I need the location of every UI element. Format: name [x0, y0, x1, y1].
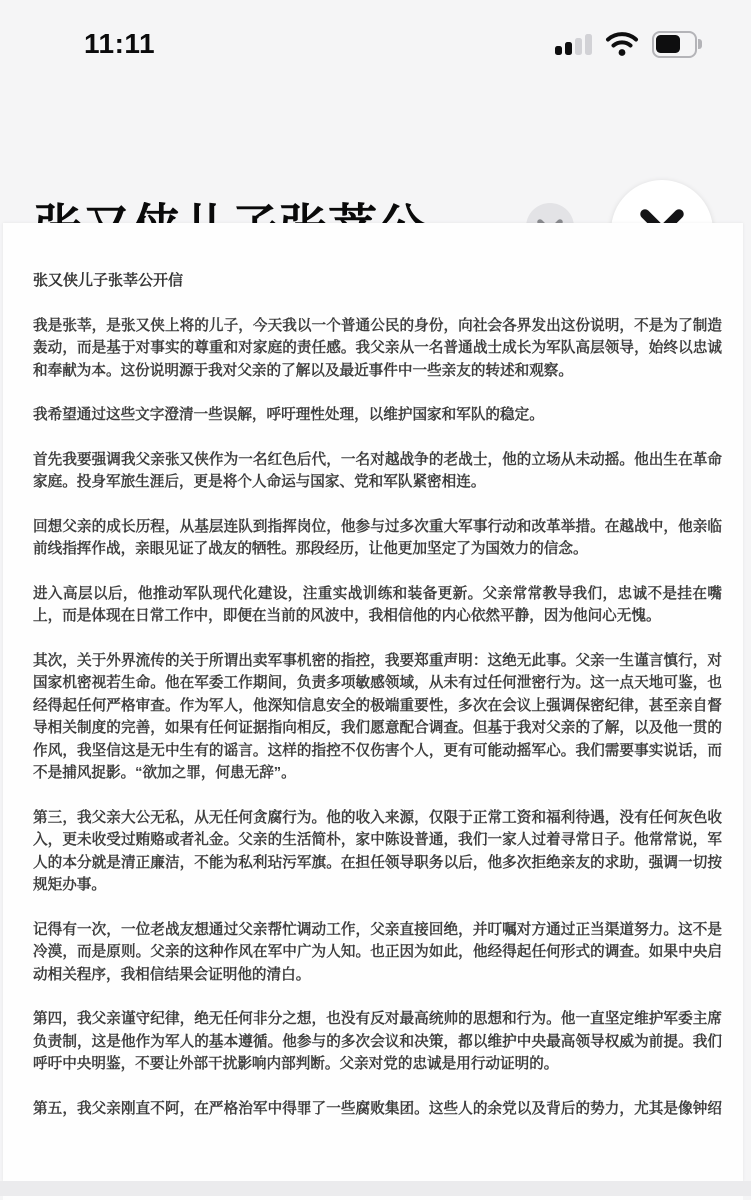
next-page-edge: [3, 1196, 743, 1200]
battery-icon: [652, 31, 703, 58]
text-line: 家庭。投身军旅生涯后，更是将个人命运与国家、党和军队紧密相连。: [33, 471, 722, 494]
paragraph: 我是张莘，是张又侠上将的儿子，今天我以一个普通公民的身份，向社会各界发出这份说明…: [33, 315, 722, 383]
status-icons: [555, 30, 703, 58]
paragraphs: 我是张莘，是张又侠上将的儿子，今天我以一个普通公民的身份，向社会各界发出这份说明…: [33, 315, 722, 1121]
text-line: 人的本分就是清正廉洁，不能为私利玷污军旗。在担任领导职务以后，他多次拒绝亲友的求…: [33, 852, 722, 875]
screen: 11:11 张又侠儿子张莘公...: [0, 0, 751, 1200]
text-line: 第四，我父亲谨守纪律，绝无任何非分之想，也没有反对最高统帅的思想和行为。他一直坚…: [33, 1008, 722, 1031]
text-line: 入，更未收受过贿赂或者礼金。父亲的生活简朴，家中陈设普通，我们一家人过着寻常日子…: [33, 829, 722, 852]
wifi-icon: [605, 31, 639, 57]
text-line: 经得起任何严格审查。作为军人，他深知信息安全的极端重要性，多次在会议上强调保密纪…: [33, 695, 722, 718]
text-line: 作风，我坚信这是无中生有的谣言。这样的指控不仅伤害个人，更有可能动摇军心。我们需…: [33, 740, 722, 763]
text-line: 规矩办事。: [33, 874, 722, 897]
paragraph: 第三，我父亲大公无私，从无任何贪腐行为。他的收入来源，仅限于正常工资和福利待遇，…: [33, 807, 722, 897]
text-line: 进入高层以后，他推动军队现代化建设，注重实战训练和装备更新。父亲常常教导我们，忠…: [33, 583, 722, 606]
text-line: 和奉献为本。这份说明源于我对父亲的了解以及最近事件中一些亲友的转述和观察。: [33, 360, 722, 383]
paragraph: 回想父亲的成长历程，从基层连队到指挥岗位，他参与过多次重大军事行动和改革举措。在…: [33, 516, 722, 561]
paragraph: 其次，关于外界流传的关于所谓出卖军事机密的指控，我要郑重声明：这绝无此事。父亲一…: [33, 650, 722, 785]
text-line: 不是捕风捉影。“欲加之罪，何患无辞”。: [33, 762, 722, 785]
document-title: 张又侠儿子张莘公开信: [33, 270, 722, 293]
text-line: 回想父亲的成长历程，从基层连队到指挥岗位，他参与过多次重大军事行动和改革举措。在…: [33, 516, 722, 539]
text-line: 上，而是体现在日常工作中，即便在当前的风波中，我相信他的内心依然平静，因为他问心…: [33, 605, 722, 628]
paragraph: 记得有一次，一位老战友想通过父亲帮忙调动工作，父亲直接回绝，并叮嘱对方通过正当渠…: [33, 919, 722, 987]
cellular-signal-icon: [555, 34, 592, 55]
document-page[interactable]: 张又侠儿子张莘公开信 我是张莘，是张又侠上将的儿子，今天我以一个普通公民的身份，…: [3, 223, 743, 1181]
document-header: 张又侠儿子张莘公...: [0, 86, 751, 198]
text-line: 第三，我父亲大公无私，从无任何贪腐行为。他的收入来源，仅限于正常工资和福利待遇，…: [33, 807, 722, 830]
text-line: 动相关程序，我相信结果会证明他的清白。: [33, 964, 722, 987]
text-line: 我是张莘，是张又侠上将的儿子，今天我以一个普通公民的身份，向社会各界发出这份说明…: [33, 315, 722, 338]
text-line: 轰动，而是基于对事实的尊重和对家庭的责任感。我父亲从一名普通战士成长为军队高层领…: [33, 337, 722, 360]
text-line: 第五，我父亲刚直不阿，在严格治军中得罪了一些腐败集团。这些人的余党以及背后的势力…: [33, 1098, 722, 1121]
page-gap: [0, 1181, 751, 1196]
paragraph: 首先我要强调我父亲张又侠作为一名红色后代，一名对越战争的老战士，他的立场从未动摇…: [33, 449, 722, 494]
paragraph: 第五，我父亲刚直不阿，在严格治军中得罪了一些腐败集团。这些人的余党以及背后的势力…: [33, 1098, 722, 1121]
paragraph: 进入高层以后，他推动军队现代化建设，注重实战训练和装备更新。父亲常常教导我们，忠…: [33, 583, 722, 628]
status-time: 11:11: [84, 28, 155, 60]
text-line: 前线指挥作战，亲眼见证了战友的牺牲。那段经历，让他更加坚定了为国效力的信念。: [33, 538, 722, 561]
text-line: 冷漠，而是原则。父亲的这种作风在军中广为人知。也正因为如此，他经得起任何形式的调…: [33, 941, 722, 964]
paragraph: 第四，我父亲谨守纪律，绝无任何非分之想，也没有反对最高统帅的思想和行为。他一直坚…: [33, 1008, 722, 1076]
text-line: 我希望通过这些文字澄清一些误解，呼吁理性处理，以维护国家和军队的稳定。: [33, 404, 722, 427]
text-line: 呼吁中央明鉴，不要让外部干扰影响内部判断。父亲对党的忠诚是用行动证明的。: [33, 1053, 722, 1076]
text-line: 其次，关于外界流传的关于所谓出卖军事机密的指控，我要郑重声明：这绝无此事。父亲一…: [33, 650, 722, 673]
text-line: 首先我要强调我父亲张又侠作为一名红色后代，一名对越战争的老战士，他的立场从未动摇…: [33, 449, 722, 472]
text-line: 导相关制度的完善，如果有任何证据指向相反，我们愿意配合调查。但基于我对父亲的了解…: [33, 717, 722, 740]
paragraph: 我希望通过这些文字澄清一些误解，呼吁理性处理，以维护国家和军队的稳定。: [33, 404, 722, 427]
text-line: 负责制，这是他作为军人的基本遵循。他参与的多次会议和决策，都以维护中央最高领导权…: [33, 1031, 722, 1054]
status-bar: 11:11: [0, 0, 751, 64]
text-line: 记得有一次，一位老战友想通过父亲帮忙调动工作，父亲直接回绝，并叮嘱对方通过正当渠…: [33, 919, 722, 942]
text-line: 国家机密视若生命。他在军委工作期间，负责多项敏感领域，从未有过任何泄密行为。这一…: [33, 672, 722, 695]
